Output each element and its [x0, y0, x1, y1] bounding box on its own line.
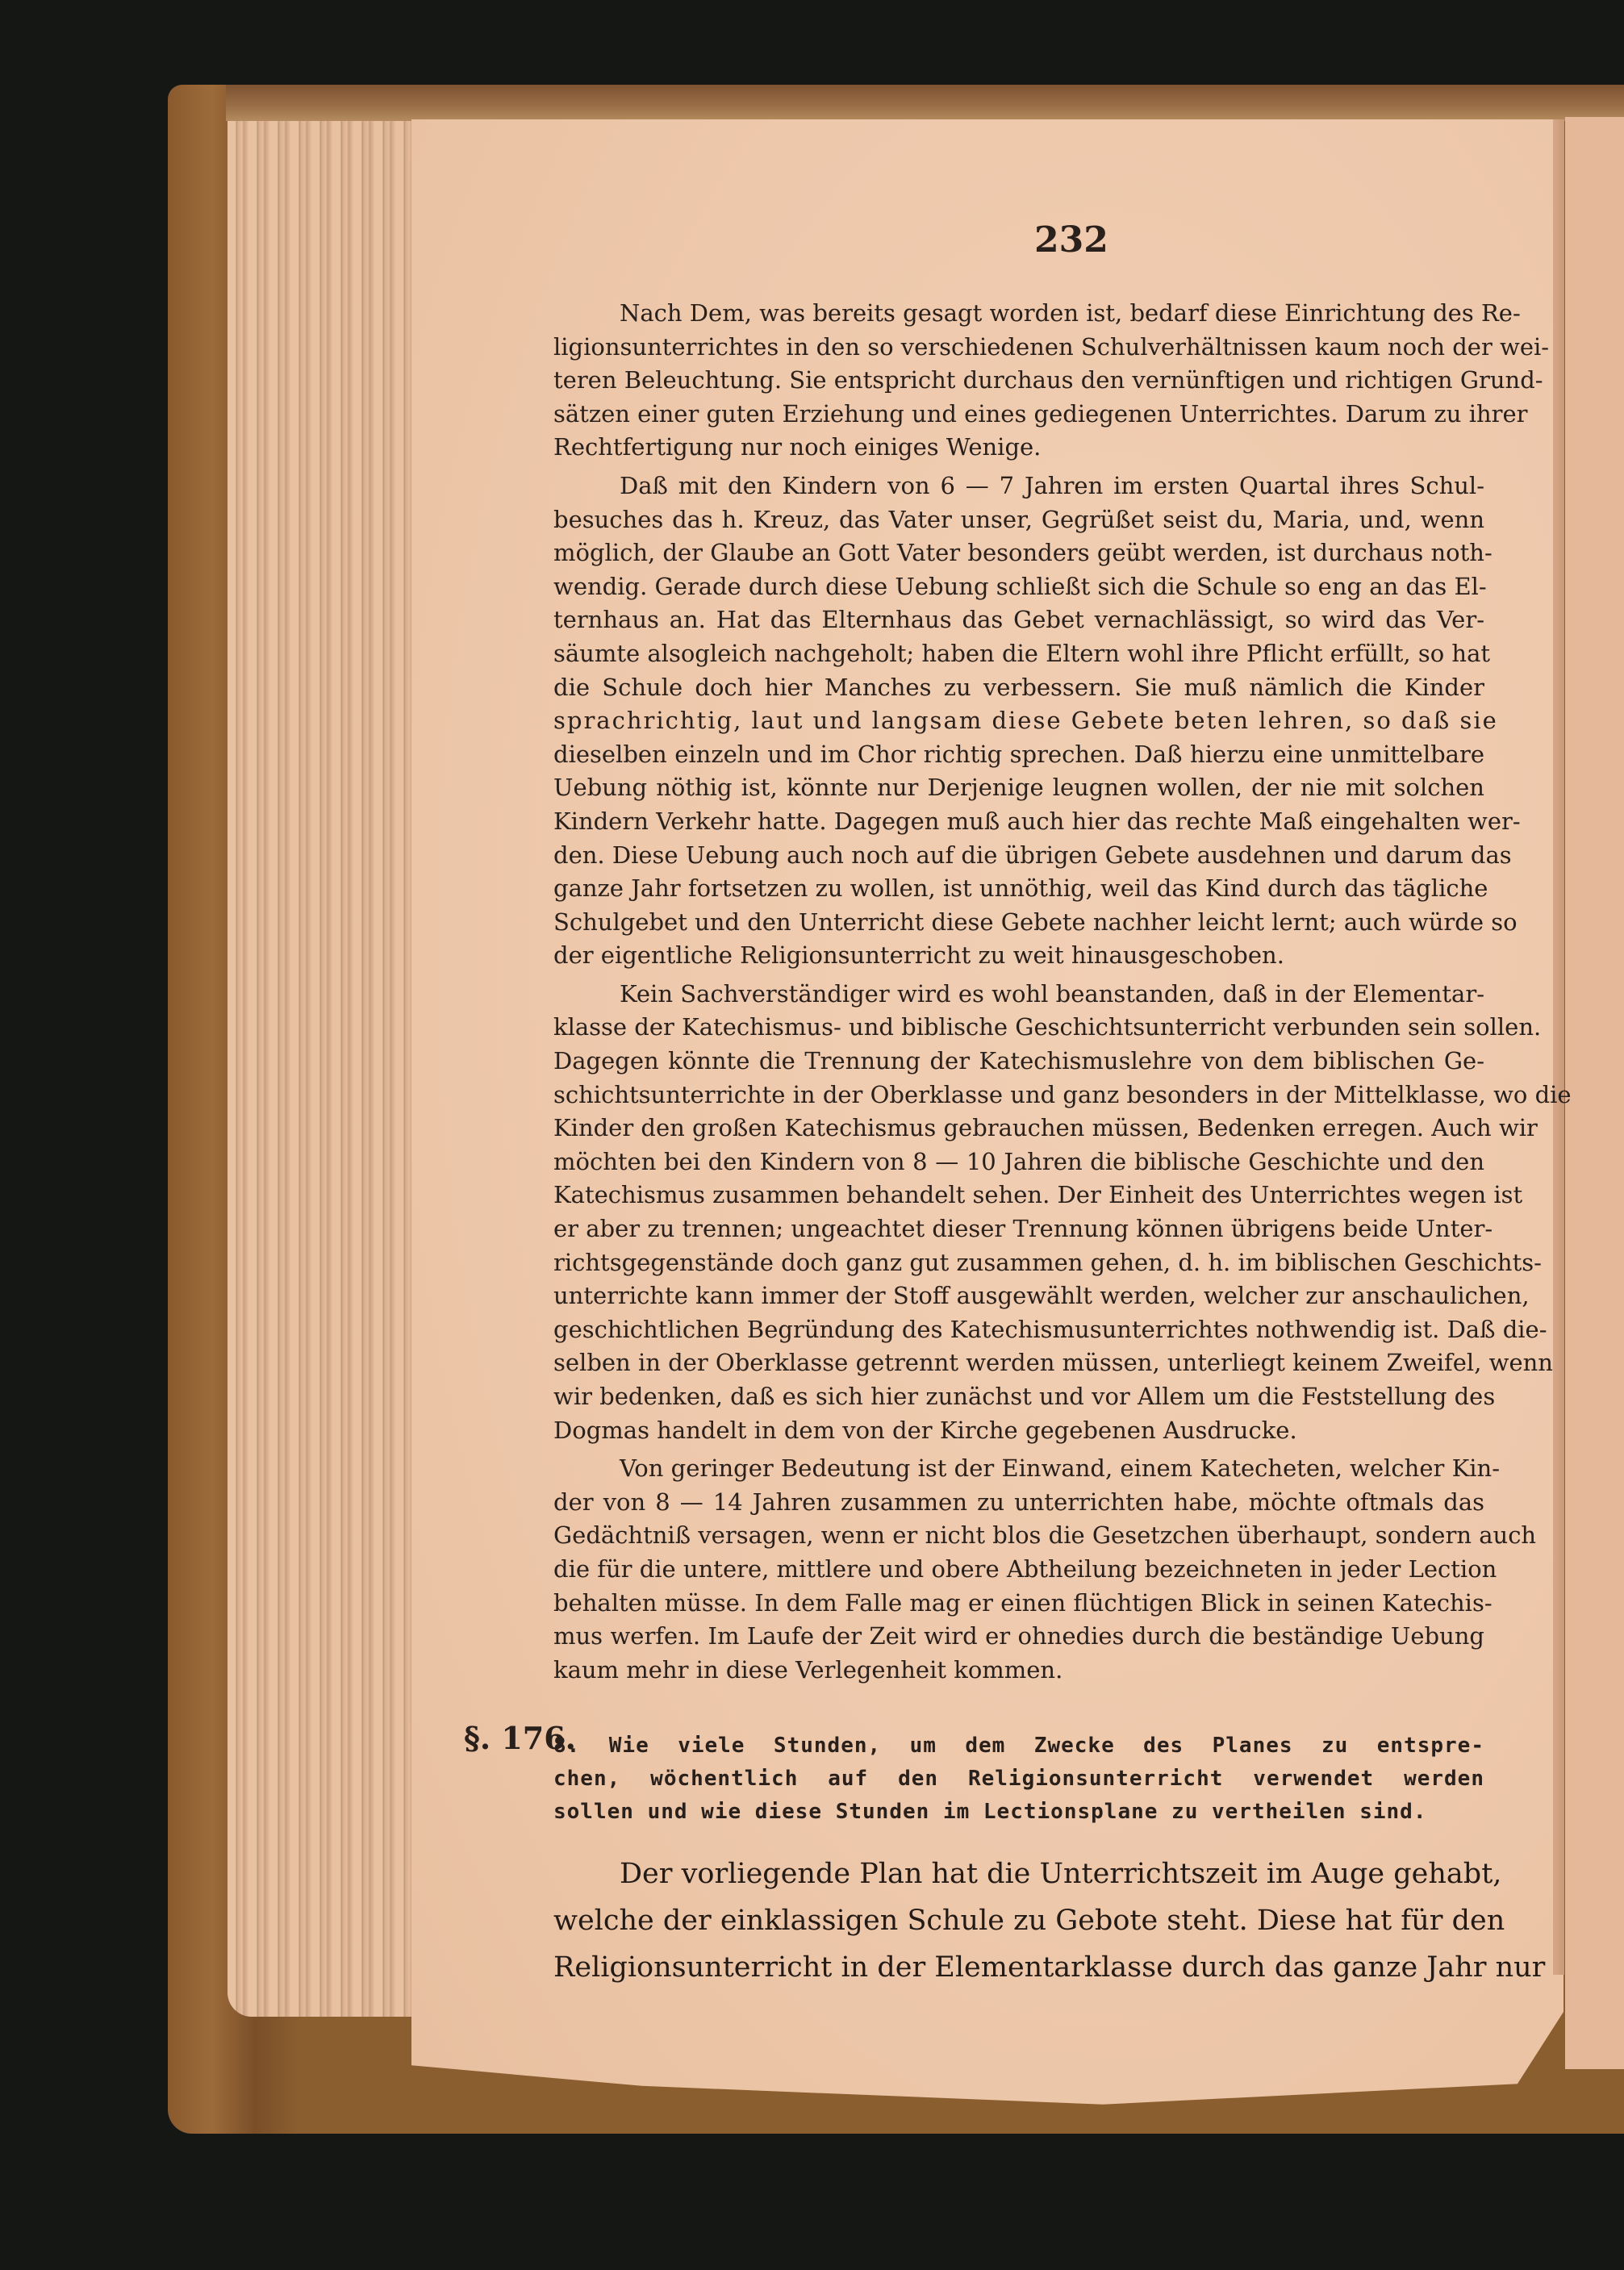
text-line: der von 8 — 14 Jahren zusammen zu unterr… — [553, 1486, 1484, 1520]
text-line: die Schule doch hier Manches zu verbesse… — [553, 671, 1484, 705]
text-line: ligionsunterrichtes in den so verschiede… — [553, 331, 1484, 365]
text-line-emphasis: sprachrichtig, laut und langsam diese Ge… — [553, 704, 1484, 738]
text-line: möglich, der Glaube an Gott Vater besond… — [553, 536, 1484, 570]
text-line: wir bedenken, daß es sich hier zunächst … — [553, 1380, 1484, 1414]
text-line: dieselben einzeln und im Chor richtig sp… — [553, 738, 1484, 772]
text-line: Dogmas handelt in dem von der Kirche geg… — [553, 1414, 1484, 1448]
section-body: Der vorliegende Plan hat die Unterrichts… — [553, 1851, 1484, 1991]
text-line: schichtsunterrichte in der Oberklasse un… — [553, 1079, 1484, 1112]
text-line: möchten bei den Kindern von 8 — 10 Jahre… — [553, 1145, 1484, 1179]
text-line: Schulgebet und den Unterricht diese Gebe… — [553, 906, 1484, 940]
text-line: den. Diese Uebung auch noch auf die übri… — [553, 839, 1484, 873]
section-heading: 8. Wie viele Stunden, um dem Zwecke des … — [553, 1730, 1484, 1829]
text-line: ganze Jahr fortsetzen zu wollen, ist unn… — [553, 872, 1484, 906]
body-line: Der vorliegende Plan hat die Unterrichts… — [553, 1851, 1484, 1897]
text-line: mus werfen. Im Laufe der Zeit wird er oh… — [553, 1620, 1484, 1654]
text-line: säumte alsogleich nachgeholt; haben die … — [553, 637, 1484, 671]
text-line: Daß mit den Kindern von 6 — 7 Jahren im … — [553, 469, 1484, 503]
book-cover-top-edge — [226, 85, 1624, 121]
text-line: ternhaus an. Hat das Elternhaus das Gebe… — [553, 603, 1484, 637]
text-line: geschichtlichen Begründung des Katechism… — [553, 1313, 1484, 1347]
heading-line: sollen und wie diese Stunden im Lections… — [553, 1796, 1484, 1829]
text-line: Dagegen könnte die Trennung der Katechis… — [553, 1045, 1484, 1079]
text-line: selben in der Oberklasse getrennt werden… — [553, 1346, 1484, 1380]
text-line: Kinder den großen Katechismus gebrauchen… — [553, 1112, 1484, 1145]
body-line: welche der einklassigen Schule zu Gebote… — [553, 1897, 1484, 1944]
main-text: Nach Dem, was bereits gesagt worden ist,… — [553, 297, 1484, 1687]
page-stack-edges — [228, 121, 413, 2017]
text-line: besuches das h. Kreuz, das Vater unser, … — [553, 503, 1484, 537]
gutter-shadow — [1553, 119, 1564, 1975]
text-line: klasse der Katechismus- und biblische Ge… — [553, 1011, 1484, 1045]
text-line: kaum mehr in diese Verlegenheit kommen. — [553, 1654, 1484, 1688]
facing-page-edge — [1565, 117, 1624, 2069]
text-line: wendig. Gerade durch diese Uebung schlie… — [553, 570, 1484, 604]
text-line: unterrichte kann immer der Stoff ausgewä… — [553, 1279, 1484, 1313]
text-line: sätzen einer guten Erziehung und eines g… — [553, 398, 1484, 432]
text-line: Rechtfertigung nur noch einiges Wenige. — [553, 431, 1484, 465]
text-line: er aber zu trennen; ungeachtet dieser Tr… — [553, 1212, 1484, 1246]
text-line: teren Beleuchtung. Sie entspricht durcha… — [553, 364, 1484, 398]
text-line: Kein Sachverständiger wird es wohl beans… — [553, 978, 1484, 1012]
body-line: Religionsunterricht in der Elementarklas… — [553, 1944, 1484, 1991]
text-line: Gedächtniß versagen, wenn er nicht blos … — [553, 1519, 1484, 1553]
text-line: Uebung nöthig ist, könnte nur Derjenige … — [553, 771, 1484, 805]
text-line: behalten müsse. In dem Falle mag er eine… — [553, 1587, 1484, 1621]
paragraph-4: Von geringer Bedeutung ist der Einwand, … — [553, 1452, 1484, 1687]
text-line: die für die untere, mittlere und obere A… — [553, 1553, 1484, 1587]
text-line: Katechismus zusammen behandelt sehen. De… — [553, 1179, 1484, 1212]
paragraph-3: Kein Sachverständiger wird es wohl beans… — [553, 978, 1484, 1447]
text-line: richtsgegenstände doch ganz gut zusammen… — [553, 1246, 1484, 1280]
text-line: Kindern Verkehr hatte. Dagegen muß auch … — [553, 805, 1484, 839]
heading-line: 8. Wie viele Stunden, um dem Zwecke des … — [553, 1730, 1484, 1763]
text-line: Nach Dem, was bereits gesagt worden ist,… — [553, 297, 1484, 331]
heading-line: chen, wöchentlich auf den Religionsunter… — [553, 1763, 1484, 1796]
text-line: der eigentliche Religionsunterricht zu w… — [553, 939, 1484, 973]
paragraph-2: Daß mit den Kindern von 6 — 7 Jahren im … — [553, 469, 1484, 973]
text-line: Von geringer Bedeutung ist der Einwand, … — [553, 1452, 1484, 1486]
page-number: 232 — [1034, 219, 1099, 261]
paragraph-1: Nach Dem, was bereits gesagt worden ist,… — [553, 297, 1484, 465]
